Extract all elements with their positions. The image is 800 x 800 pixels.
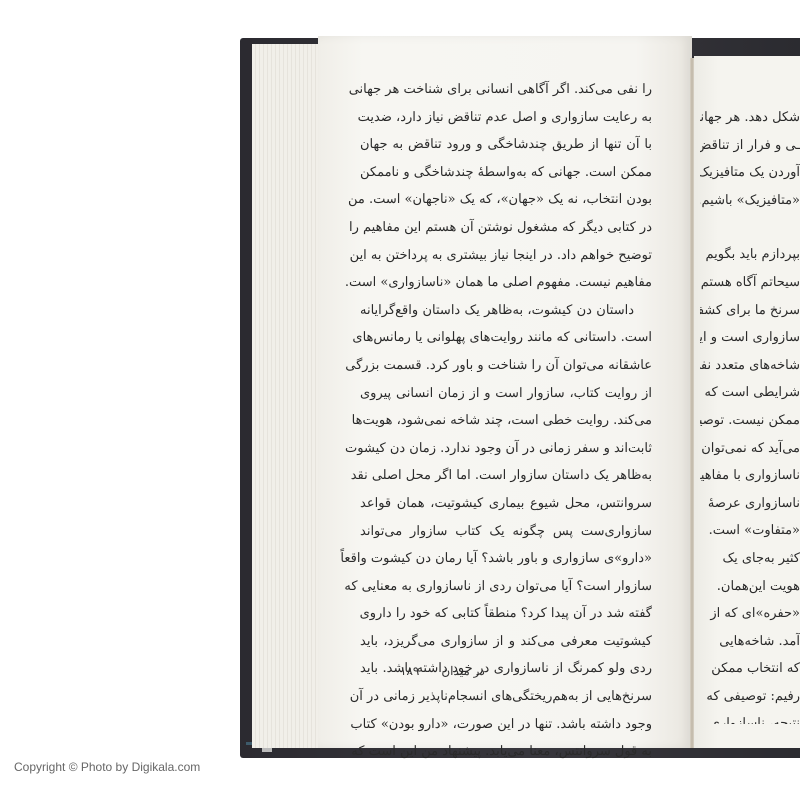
text-line: در کتابی دیگر که مشغول نوشتن آن هستم این… [360, 214, 652, 242]
text-line: کیشوتیت معرفی می‌کند و از سازواری می‌گری… [360, 628, 652, 656]
text-line: از روایت کتاب، سازوار است و از زمان انسا… [360, 380, 652, 408]
text-line: که انتخاب ممکن [700, 655, 800, 683]
text-line: ناسازواری با مفاهیم [700, 462, 800, 490]
text-line: ـی و فرار از تناقض [700, 132, 800, 160]
text-line: آمد. شاخه‌هایی [700, 628, 800, 656]
text-line: به رعایت سازواری و اصل عدم تناقض نیاز دا… [360, 104, 652, 132]
text-line: کثیر به‌جای یک [700, 545, 800, 573]
text-line: سرنخ‌هایی از به‌هم‌ریختگی‌های انسجام‌ناپ… [360, 683, 652, 711]
text-line: هویت این‌همان. [700, 573, 800, 601]
text-line: را نفی می‌کند. اگر آگاهی انسانی برای شنا… [360, 76, 652, 104]
text-line: سازوار است؟ آیا می‌توان ردی از ناسازواری… [360, 573, 652, 601]
text-line: به قول سروانتس، معنا می‌یابد. پیشنهاد من… [360, 738, 652, 766]
text-line: ممکن نیست. توصیفی [700, 407, 800, 435]
text-line: به‌ظاهر یک داستان سازوار است. اما اگر مح… [360, 462, 652, 490]
text-line: می‌کند. روایت خطی است، چند شاخه نمی‌شود،… [360, 407, 652, 435]
text-line: ممکن است. جهانی که به‌واسطهٔ چندشاخگی و … [360, 159, 652, 187]
text-line: سرنخ ما برای کشف [700, 297, 800, 325]
text-line: وجود داشته باشد. تنها در این صورت، «دارو… [360, 711, 652, 739]
text-line: می‌آید که نمی‌توان [700, 435, 800, 463]
text-line: داستان دن کیشوت، به‌ظاهر یک داستان واقع‌… [360, 297, 652, 325]
text-line: سازواری‌ست پس چگونه یک کتاب سازوار می‌تو… [360, 518, 652, 546]
text-line: مفاهیم نیست. مفهوم اصلی ما همان «ناسازوا… [360, 269, 652, 297]
text-line: «حفره»ای که از [700, 600, 800, 628]
running-title: در میدان [441, 664, 484, 678]
text-line: با آن تنها از طریق چندشاخگی و ورود تناقض… [360, 131, 652, 159]
text-line: شاخه‌های متعدد نفی [700, 352, 800, 380]
text-line: بودن انتخاب، نه یک «جهان»، که یک «ناجهان… [360, 186, 652, 214]
book-gutter [690, 58, 694, 748]
cover-label-tag [262, 748, 272, 752]
text-line: سازواری است و این [700, 324, 800, 352]
text-line: سروانتس، محل شیوع بیماری کیشوتیت، همان ق… [360, 490, 652, 518]
text-line: شرایطی است که در [700, 379, 800, 407]
text-line: «متفاوت» است. [700, 517, 800, 545]
text-line: «متافیزیک» باشیم. اما [700, 187, 800, 215]
right-page-text: شکل دهد. هر جهانی ـی و فرار از تناقض آور… [700, 104, 800, 724]
page-stack-edges [252, 44, 322, 748]
text-line: نتیجه، ناسازواری [700, 710, 800, 724]
photo-scene: را نفی می‌کند. اگر آگاهی انسانی برای شنا… [0, 0, 800, 800]
text-line: ناسازواری عرصهٔ [700, 490, 800, 518]
page-footer: در میدان ۱۸۹ [400, 664, 485, 678]
copyright-watermark: Copyright © Photo by Digikala.com [14, 760, 200, 774]
text-line: توضیح خواهم داد. در اینجا نیاز بیشتری به… [360, 242, 652, 270]
text-line: عاشقانه می‌توان آن را شناخت و باور کرد. … [360, 352, 652, 380]
page-number: ۱۸۹ [400, 664, 419, 678]
text-line: ثابت‌اند و سفر زمانی در آن وجود ندارد. ز… [360, 435, 652, 463]
left-page-text: را نفی می‌کند. اگر آگاهی انسانی برای شنا… [360, 76, 652, 766]
text-line: بپردازم باید بگویم [700, 241, 800, 269]
text-line: است. داستانی که مانند روایت‌های پهلوانی … [360, 324, 652, 352]
paragraph-gap [700, 214, 800, 241]
text-line: شکل دهد. هر جهانی [700, 104, 800, 132]
text-line: گفته شد در آن پیدا کرد؟ منطقاً کتابی که … [360, 600, 652, 628]
text-line: رفیم: توصیفی که [700, 683, 800, 711]
text-line: سیحاتم آگاه هستم. [700, 269, 800, 297]
text-line: «دارو»ی سازواری و باور باشد؟ آیا رمان دن… [360, 545, 652, 573]
text-line: آوردن یک متافیزیک [700, 159, 800, 187]
